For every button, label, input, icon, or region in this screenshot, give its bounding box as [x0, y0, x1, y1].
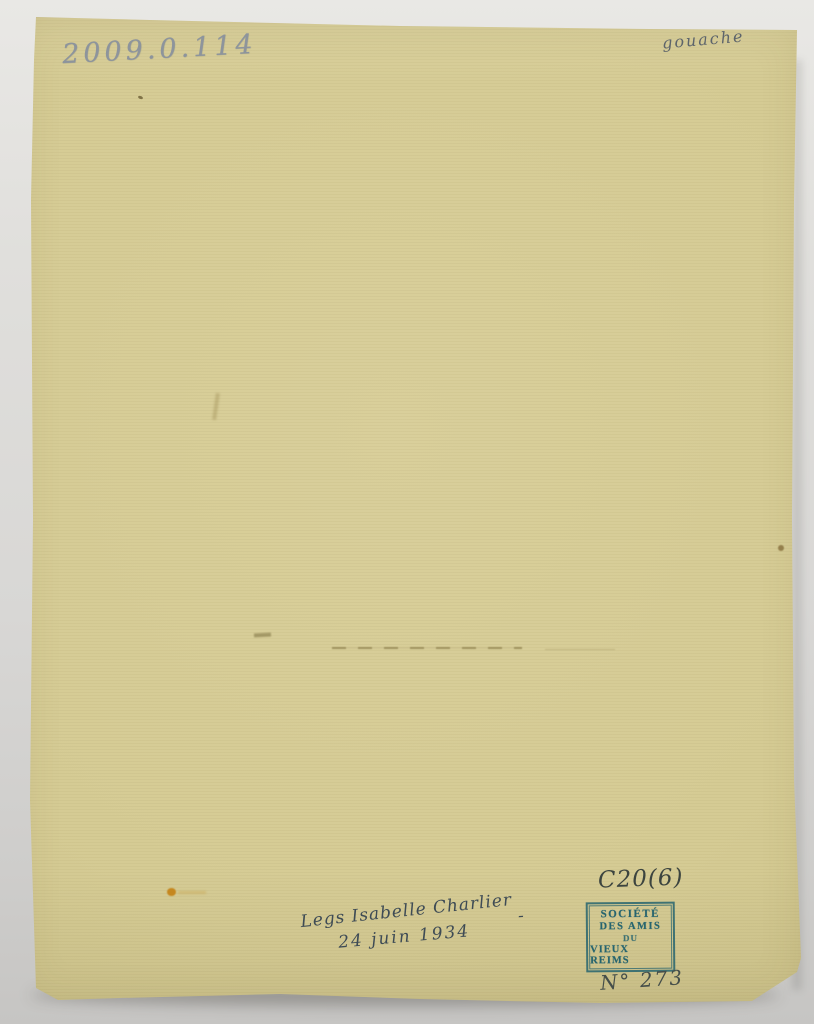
stamp-text-line: DU: [623, 933, 638, 943]
classification-mark-inscription: C20(6): [598, 865, 684, 894]
stamp-inner-border: SOCIÉTÉ DES AMIS DU VIEUX REIMS: [589, 905, 673, 970]
tan-paper-sheet: [16, 14, 806, 1008]
stamp-text-line: SOCIÉTÉ: [601, 908, 661, 921]
societe-amis-vieux-reims-stamp: SOCIÉTÉ DES AMIS DU VIEUX REIMS: [586, 902, 676, 973]
bequest-dash-mark: -: [517, 906, 524, 926]
stamp-text-line: DES AMIS: [599, 921, 661, 933]
stamp-text-line: VIEUX REIMS: [590, 944, 671, 967]
photograph-of-artwork-verso: 2009.0.114 gouache Legs Isabelle Charlie…: [0, 0, 814, 1024]
